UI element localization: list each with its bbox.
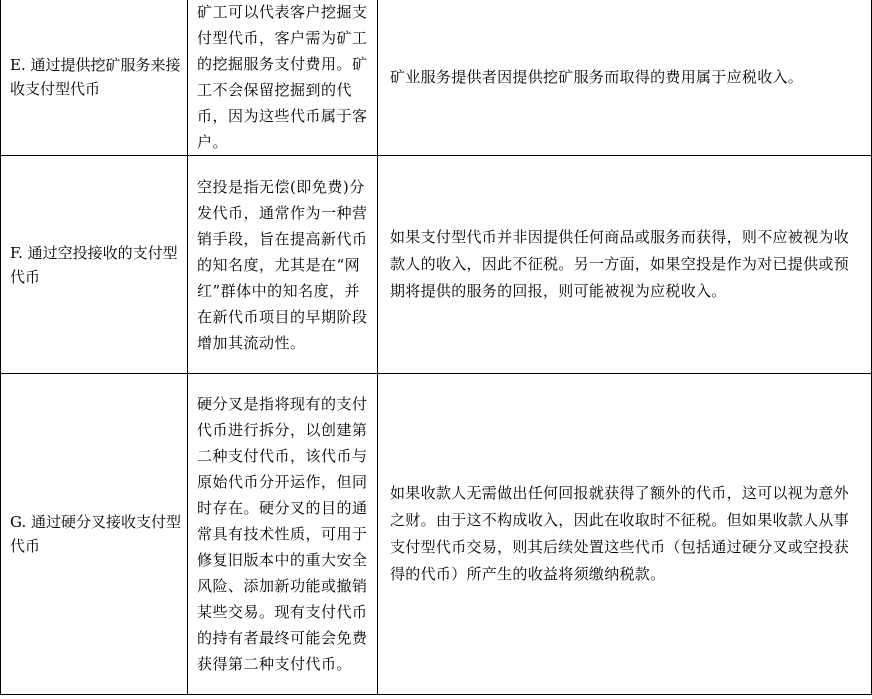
tax-treatment-text: 如果支付型代币并非因提供任何商品或服务而获得，则不应被视为收款人的收入，因此不征… <box>390 228 849 300</box>
table-row: G. 通过硬分叉接收支付型代币 硬分叉是指将现有的支付代币进行拆分，以创建第二种… <box>1 374 872 695</box>
category-text: E. 通过提供挖矿服务来接收支付型代币 <box>10 56 181 98</box>
category-cell: E. 通过提供挖矿服务来接收支付型代币 <box>1 0 188 156</box>
category-cell: G. 通过硬分叉接收支付型代币 <box>1 374 188 695</box>
description-cell: 空投是指无偿(即免费)分发代币，通常作为一种营销手段，旨在提高新代币的知名度，尤… <box>188 156 378 374</box>
tax-treatment-text: 如果收款人无需做出任何回报就获得了额外的代币，这可以视为意外之财。由于这不构成收… <box>390 484 849 583</box>
tax-treatment-table: E. 通过提供挖矿服务来接收支付型代币 矿工可以代表客户挖掘支付型代币，客户需为… <box>0 0 872 695</box>
category-cell: F. 通过空投接收的支付型代币 <box>1 156 188 374</box>
category-text: F. 通过空投接收的支付型代币 <box>10 244 178 286</box>
category-text: G. 通过硬分叉接收支付型代币 <box>10 513 181 555</box>
description-cell: 矿工可以代表客户挖掘支付型代币，客户需为矿工的挖掘服务支付费用。矿工不会保留挖掘… <box>188 0 378 156</box>
tax-treatment-cell: 如果支付型代币并非因提供任何商品或服务而获得，则不应被视为收款人的收入，因此不征… <box>378 156 872 374</box>
description-text: 矿工可以代表客户挖掘支付型代币，客户需为矿工的挖掘服务支付费用。矿工不会保留挖掘… <box>197 3 368 151</box>
tax-treatment-text: 矿业服务提供者因提供挖矿服务而取得的费用属于应税收入。 <box>390 68 803 86</box>
tax-treatment-cell: 矿业服务提供者因提供挖矿服务而取得的费用属于应税收入。 <box>378 0 872 156</box>
table-row: E. 通过提供挖矿服务来接收支付型代币 矿工可以代表客户挖掘支付型代币，客户需为… <box>1 0 872 156</box>
description-text: 硬分叉是指将现有的支付代币进行拆分，以创建第二种支付代币，该代币与原始代币分开运… <box>197 395 368 673</box>
table-row: F. 通过空投接收的支付型代币 空投是指无偿(即免费)分发代币，通常作为一种营销… <box>1 156 872 374</box>
description-cell: 硬分叉是指将现有的支付代币进行拆分，以创建第二种支付代币，该代币与原始代币分开运… <box>188 374 378 695</box>
description-text: 空投是指无偿(即免费)分发代币，通常作为一种营销手段，旨在提高新代币的知名度，尤… <box>197 178 368 352</box>
tax-treatment-cell: 如果收款人无需做出任何回报就获得了额外的代币，这可以视为意外之财。由于这不构成收… <box>378 374 872 695</box>
